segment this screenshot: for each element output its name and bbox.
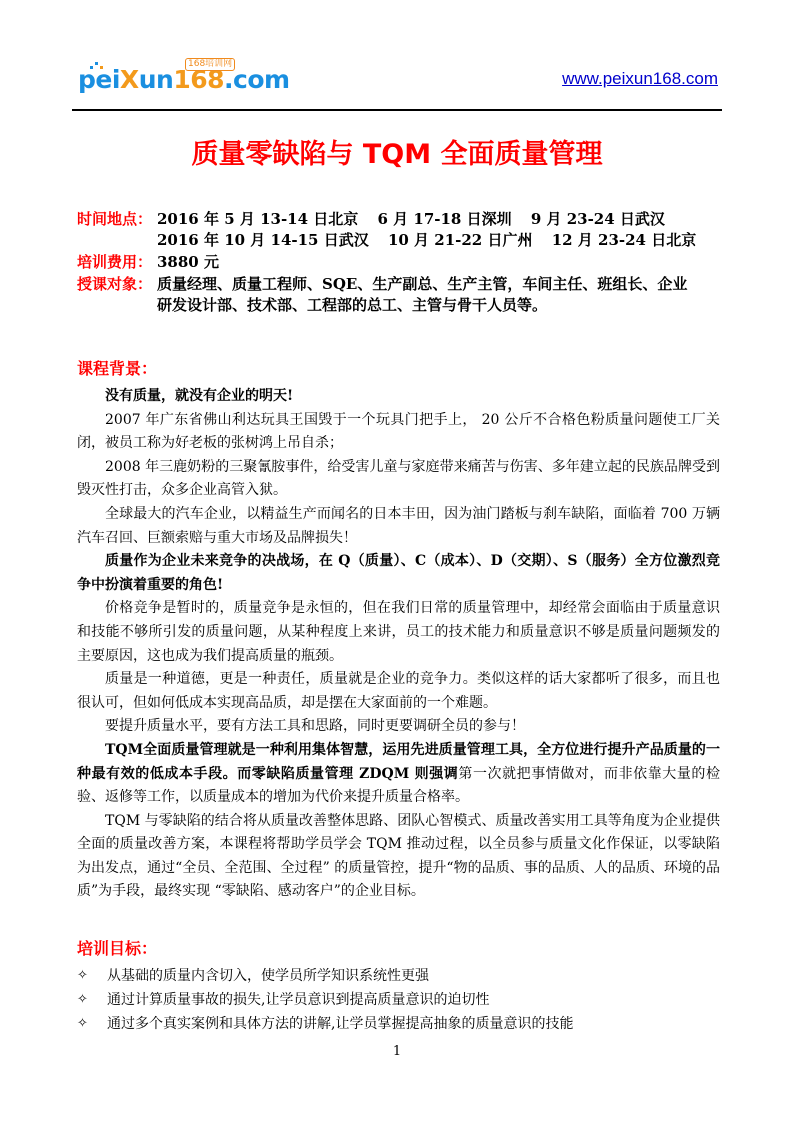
header-divider [72, 109, 722, 111]
logo-wordmark: peiXun168.com [78, 66, 290, 94]
background-body: 没有质量，就没有企业的明天! 2007 年广东省佛山利达玩具王国毁于一个玩具门把… [77, 385, 720, 904]
audience-value: 质量经理、质量工程师、SQE、生产副总、生产主管，车间主任、班组长、企业 研发设… [157, 274, 727, 316]
paragraph-3: 2008 年三鹿奶粉的三聚氰胺事件，给受害儿童与家庭带来痛苦与伤害、多年建立起的… [77, 456, 720, 503]
time-place-label: 时间地点： [77, 209, 157, 251]
paragraph-tqm-zdqm: TQM全面质量管理就是一种利用集体智慧，运用先进质量管理工具，全方位进行提升产品… [77, 739, 720, 810]
document-title: 质量零缺陷与 TQM 全面质量管理 [0, 138, 794, 172]
background-heading: 课程背景： [77, 356, 157, 379]
fee-value: 3880 元 [157, 252, 727, 273]
paragraph-2: 2007 年广东省佛山利达玩具王国毁于一个玩具门把手上， 20 公斤不合格色粉质… [77, 409, 720, 456]
goal-item: ✧ 通过计算质量事故的损失,让学员意识到提高质量意识的迫切性 [77, 988, 727, 1012]
logo-badge: 168培训网 [185, 58, 235, 71]
fee-label: 培训费用： [77, 252, 157, 273]
page-number: 1 [0, 1044, 794, 1059]
info-row-audience: 授课对象： 质量经理、质量工程师、SQE、生产副总、生产主管，车间主任、班组长、… [77, 274, 727, 316]
site-url-link[interactable]: www.peixun168.com [562, 69, 718, 89]
paragraph-closing: TQM 与零缺陷的结合将从质量改善整体思路、团队心智模式、质量改善实用工具等角度… [77, 810, 720, 904]
paragraph-7: 质量是一种道德，更是一种责任，质量就是企业的竞争力。类似这样的话大家都听了很多，… [77, 668, 720, 715]
paragraph-5: 质量作为企业未来竞争的决战场，在 Q（质量）、C（成本）、D（交期）、S（服务）… [77, 550, 720, 597]
document-page: peiXun168.com 168培训网 www.peixun168.com 质… [0, 0, 794, 1123]
schedule-line-1: 2016 年 5 月 13-14 日北京 6 月 17-18 日深圳 9 月 2… [157, 209, 727, 230]
schedule-value: 2016 年 5 月 13-14 日北京 6 月 17-18 日深圳 9 月 2… [157, 209, 727, 251]
sparkle-bullet-icon: ✧ [77, 1012, 107, 1036]
info-row-time-place: 时间地点： 2016 年 5 月 13-14 日北京 6 月 17-18 日深圳… [77, 209, 727, 251]
paragraph-8: 要提升质量水平，要有方法工具和思路，同时更要调研全员的参与！ [77, 715, 720, 739]
goal-item: ✧ 从基础的质量内含切入，使学员所学知识系统性更强 [77, 964, 727, 988]
peixun168-logo[interactable]: peiXun168.com 168培训网 [78, 58, 248, 98]
info-row-fee: 培训费用： 3880 元 [77, 252, 727, 273]
sparkle-bullet-icon: ✧ [77, 988, 107, 1012]
goals-list: ✧ 从基础的质量内含切入，使学员所学知识系统性更强 ✧ 通过计算质量事故的损失,… [77, 964, 727, 1036]
paragraph-6: 价格竞争是暂时的，质量竞争是永恒的，但在我们日常的质量管理中，却经常会面临由于质… [77, 597, 720, 668]
goal-item: ✧ 通过多个真实案例和具体方法的讲解,让学员掌握提高抽象的质量意识的技能 [77, 1012, 727, 1036]
course-info: 时间地点： 2016 年 5 月 13-14 日北京 6 月 17-18 日深圳… [77, 209, 727, 317]
schedule-line-2: 2016 年 10 月 14-15 日武汉 10 月 21-22 日广州 12 … [157, 230, 727, 251]
paragraph-4: 全球最大的汽车企业，以精益生产而闻名的日本丰田，因为油门踏板与刹车缺陷，面临着 … [77, 503, 720, 550]
goals-heading: 培训目标： [77, 936, 157, 959]
paragraph-1: 没有质量，就没有企业的明天! [77, 385, 720, 409]
sparkle-bullet-icon: ✧ [77, 964, 107, 988]
audience-label: 授课对象： [77, 274, 157, 316]
